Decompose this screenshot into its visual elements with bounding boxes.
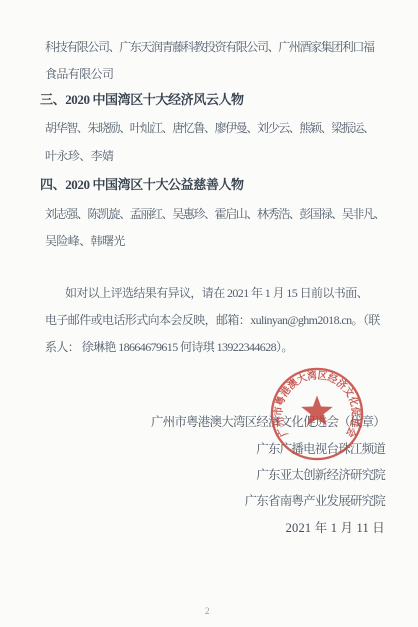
signature-line-3: 广东亚太创新经济研究院 bbox=[256, 468, 385, 483]
continuation-line-2: 食品有限公司 bbox=[45, 67, 395, 81]
official-seal: 广州市粤港澳大湾区经济文化促进会 bbox=[268, 365, 366, 463]
section-4-names-line-2: 吴险峰、韩曙光 bbox=[45, 234, 395, 248]
page-number: 2 bbox=[205, 606, 210, 616]
section-4-names-line-1: 刘志强、陈凯旋、孟丽红、吴惠珍、霍启山、林秀浩、彭国禄、吴非凡、 bbox=[45, 207, 395, 221]
section-3-names-line-1: 胡华智、朱晓励、叶灿江、唐忆鲁、廖伊曼、刘少云、熊颖、梁振运、 bbox=[45, 121, 395, 135]
section-3-heading: 三、2020 中国湾区十大经济风云人物 bbox=[40, 92, 400, 108]
document-date: 2021 年 1 月 11 日 bbox=[286, 521, 385, 536]
document-page: 科技有限公司、广东天润青藤科教投资有限公司、广州酒家集团利口福 食品有限公司 三… bbox=[0, 0, 418, 627]
notice-line-2: 电子邮件或电话形式向本会反映，邮箱：xulinyan@ghm2018.cn。（联 bbox=[45, 313, 395, 327]
notice-line-3: 系人： 徐琳艳 18664679615 何诗琪 13922344628）。 bbox=[45, 340, 395, 354]
notice-line-1: 如对以上评选结果有异议，请在 2021 年 1 月 15 日前以书面、 bbox=[45, 286, 415, 300]
section-4-heading: 四、2020 中国湾区十大公益慈善人物 bbox=[40, 177, 400, 193]
section-3-names-line-2: 叶永珍、李婧 bbox=[45, 149, 395, 163]
signature-line-4: 广东省南粤产业发展研究院 bbox=[245, 494, 385, 509]
continuation-line-1: 科技有限公司、广东天润青藤科教投资有限公司、广州酒家集团利口福 bbox=[45, 40, 395, 54]
seal-star-icon bbox=[301, 395, 333, 425]
